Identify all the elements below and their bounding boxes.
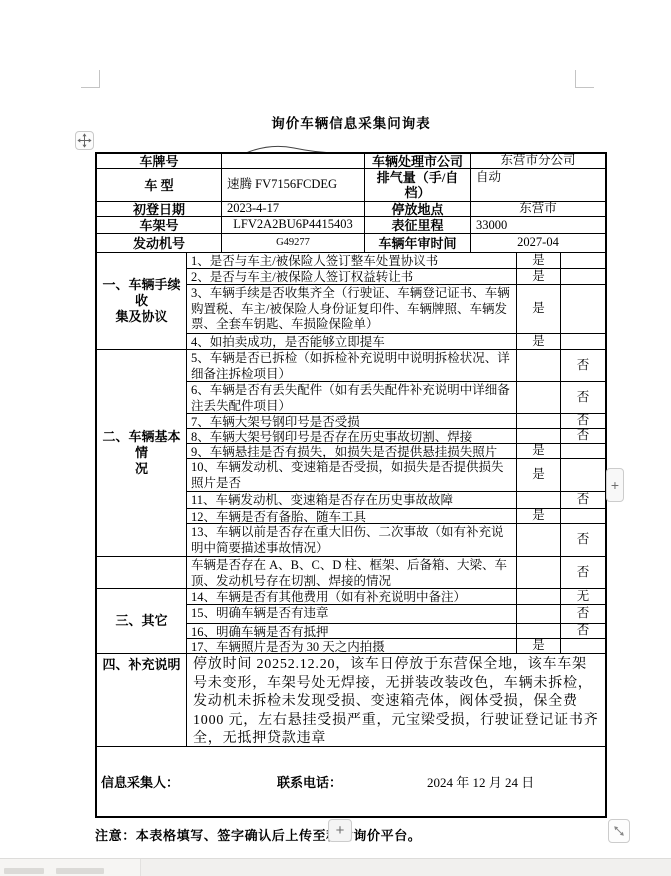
question-text: 5、车辆是否已拆检（如拆检补充说明中说明拆检状况、详细备注拆检项目） xyxy=(187,350,517,382)
header-value2: 33000 xyxy=(471,217,605,234)
table-resize-handle[interactable] xyxy=(608,819,630,843)
answer-yes-cell xyxy=(517,589,561,605)
answer-yes-cell: 是 xyxy=(517,253,561,269)
answer-yes-cell xyxy=(517,492,561,509)
answer-no-cell: 否 xyxy=(561,605,605,624)
answer-yes-cell xyxy=(517,624,561,639)
question-text: 车辆是否存在 A、B、C、D 柱、框架、后备箱、大梁、车顶、发动机号存在切割、焊… xyxy=(187,557,517,589)
answer-no-cell xyxy=(561,269,605,285)
upload-note: 注意：本表格填写、签字确认后上传至移动询价平台。 xyxy=(95,825,615,844)
question-text: 9、车辆悬挂是否有损失，如损失是否提供悬挂损失照片 xyxy=(187,444,517,459)
taskbar-item[interactable] xyxy=(56,868,104,874)
question-text: 2、是否与车主/被保险人签订权益转让书 xyxy=(187,269,517,285)
answer-no-cell xyxy=(561,459,605,492)
answer-no-cell: 否 xyxy=(561,429,605,444)
answer-yes-cell: 是 xyxy=(517,334,561,350)
answer-no-cell: 否 xyxy=(561,557,605,589)
question-text: 7、车辆大架号钢印号是否受损 xyxy=(187,414,517,429)
header-value: 速腾 FV7156FCDEG xyxy=(222,169,365,202)
question-text: 11、车辆发动机、变速箱是否存在历史事故故障 xyxy=(187,492,517,509)
question-text: 14、车辆是否有其他费用（如有补充说明中备注） xyxy=(187,589,517,605)
header-label: 初登日期 xyxy=(97,202,222,217)
taskbar xyxy=(0,858,671,876)
answer-yes-cell xyxy=(517,605,561,624)
answer-no-cell xyxy=(561,285,605,334)
header-label2: 排气量（手/自 档） xyxy=(365,169,471,202)
collector-label: 信息采集人： xyxy=(101,775,179,791)
answer-yes-cell xyxy=(517,382,561,414)
phone-label: 联系电话： xyxy=(277,775,342,791)
answer-yes-cell xyxy=(517,429,561,444)
section-label: 三、其它 xyxy=(97,589,187,654)
margin-mark-top-left-v xyxy=(99,70,100,88)
supplement-label: 四、补充说明 xyxy=(97,654,187,747)
diagonal-resize-icon xyxy=(612,824,626,838)
section-label: 一、车辆手续收 集及协议 xyxy=(97,253,187,350)
date-value: 2024 年 12 月 24 日 xyxy=(427,775,534,791)
answer-yes-cell: 是 xyxy=(517,444,561,459)
header-value: G49277 xyxy=(222,234,365,253)
question-text: 3、车辆手续是否收集齐全（行驶证、车辆登记证书、车辆购置税、车主/被保险人身份证… xyxy=(187,285,517,334)
move-cross-icon xyxy=(77,133,92,148)
margin-mark-top-right-h xyxy=(576,87,594,88)
header-value2: 自动 xyxy=(471,169,605,202)
answer-no-cell xyxy=(561,334,605,350)
header-label2: 停放地点 xyxy=(365,202,471,217)
answer-yes-cell xyxy=(517,557,561,589)
question-text: 4、如拍卖成功，是否能够立即提车 xyxy=(187,334,517,350)
header-value2: 东营市 xyxy=(471,202,605,217)
question-text: 15、明确车辆是否有违章 xyxy=(187,605,517,624)
header-value2: 东营市分公司 xyxy=(471,154,605,169)
question-text: 8、车辆大架号钢印号是否存在历史事故切割、焊接 xyxy=(187,429,517,444)
section-label xyxy=(97,557,187,589)
plus-icon: + xyxy=(336,822,345,839)
header-label2: 表征里程 xyxy=(365,217,471,234)
answer-yes-cell: 是 xyxy=(517,509,561,524)
header-value: LFV2A2BU6P4415403 xyxy=(222,217,365,234)
answer-no-cell: 否 xyxy=(561,524,605,557)
answer-yes-cell: 是 xyxy=(517,269,561,285)
question-text: 1、是否与车主/被保险人签订整车处置协议书 xyxy=(187,253,517,269)
margin-mark-top-right-v xyxy=(575,70,576,88)
table-move-handle[interactable] xyxy=(75,131,94,150)
header-label: 车 型 xyxy=(97,169,222,202)
supplement-text: 停放时间 20252.12.20，该车日停放于东营保全地，该车车架号未变形，车架… xyxy=(187,654,605,747)
answer-no-cell xyxy=(561,639,605,654)
taskbar-item[interactable] xyxy=(4,868,44,874)
answer-yes-cell xyxy=(517,350,561,382)
header-value2: 2027-04 xyxy=(471,234,605,253)
answer-yes-cell: 是 xyxy=(517,459,561,492)
vehicle-info-table: 车牌号车辆处理市公司东营市分公司车 型速腾 FV7156FCDEG排气量（手/自… xyxy=(95,152,607,818)
document-page: 询价车辆信息采集问询表 车牌号车辆处理市公司东营市分公司车 型速腾 FV7156… xyxy=(0,0,671,876)
question-text: 12、车辆是否有备胎、随车工具 xyxy=(187,509,517,524)
header-value xyxy=(222,154,365,169)
header-label: 车架号 xyxy=(97,217,222,234)
note-plus-button[interactable]: + xyxy=(328,819,352,842)
answer-yes-cell xyxy=(517,524,561,557)
side-plus-button[interactable]: + xyxy=(606,468,624,502)
answer-yes-cell: 是 xyxy=(517,285,561,334)
header-label2: 车辆处理市公司 xyxy=(365,154,471,169)
margin-mark-top-left-h xyxy=(81,87,99,88)
plus-icon: + xyxy=(611,477,619,493)
question-text: 10、车辆发动机、变速箱是否受损，如损失是否提供损失照片是否 xyxy=(187,459,517,492)
question-text: 6、车辆是否有丢失配件（如有丢失配件补充说明中详细备注丢失配件项目） xyxy=(187,382,517,414)
answer-no-cell: 否 xyxy=(561,414,605,429)
signature-row: 信息采集人：联系电话：2024 年 12 月 24 日 xyxy=(97,747,605,816)
answer-no-cell: 否 xyxy=(561,492,605,509)
page-title: 询价车辆信息采集问询表 xyxy=(95,112,607,132)
header-label: 发动机号 xyxy=(97,234,222,253)
question-text: 16、明确车辆是否有抵押 xyxy=(187,624,517,639)
header-label: 车牌号 xyxy=(97,154,222,169)
answer-no-cell: 否 xyxy=(561,624,605,639)
answer-no-cell: 否 xyxy=(561,382,605,414)
section-label: 二、车辆基本情 况 xyxy=(97,350,187,557)
question-text: 17、车辆照片是否为 30 天之内拍摄 xyxy=(187,639,517,654)
answer-yes-cell xyxy=(517,414,561,429)
header-value: 2023-4-17 xyxy=(222,202,365,217)
header-label2: 车辆年审时间 xyxy=(365,234,471,253)
answer-no-cell xyxy=(561,509,605,524)
answer-no-cell: 否 xyxy=(561,350,605,382)
answer-no-cell xyxy=(561,444,605,459)
question-text: 13、车辆以前是否存在重大旧伤、二次事故（如有补充说明中简要描述事故情况） xyxy=(187,524,517,557)
answer-yes-cell: 是 xyxy=(517,639,561,654)
answer-no-cell: 无 xyxy=(561,589,605,605)
answer-no-cell xyxy=(561,253,605,269)
